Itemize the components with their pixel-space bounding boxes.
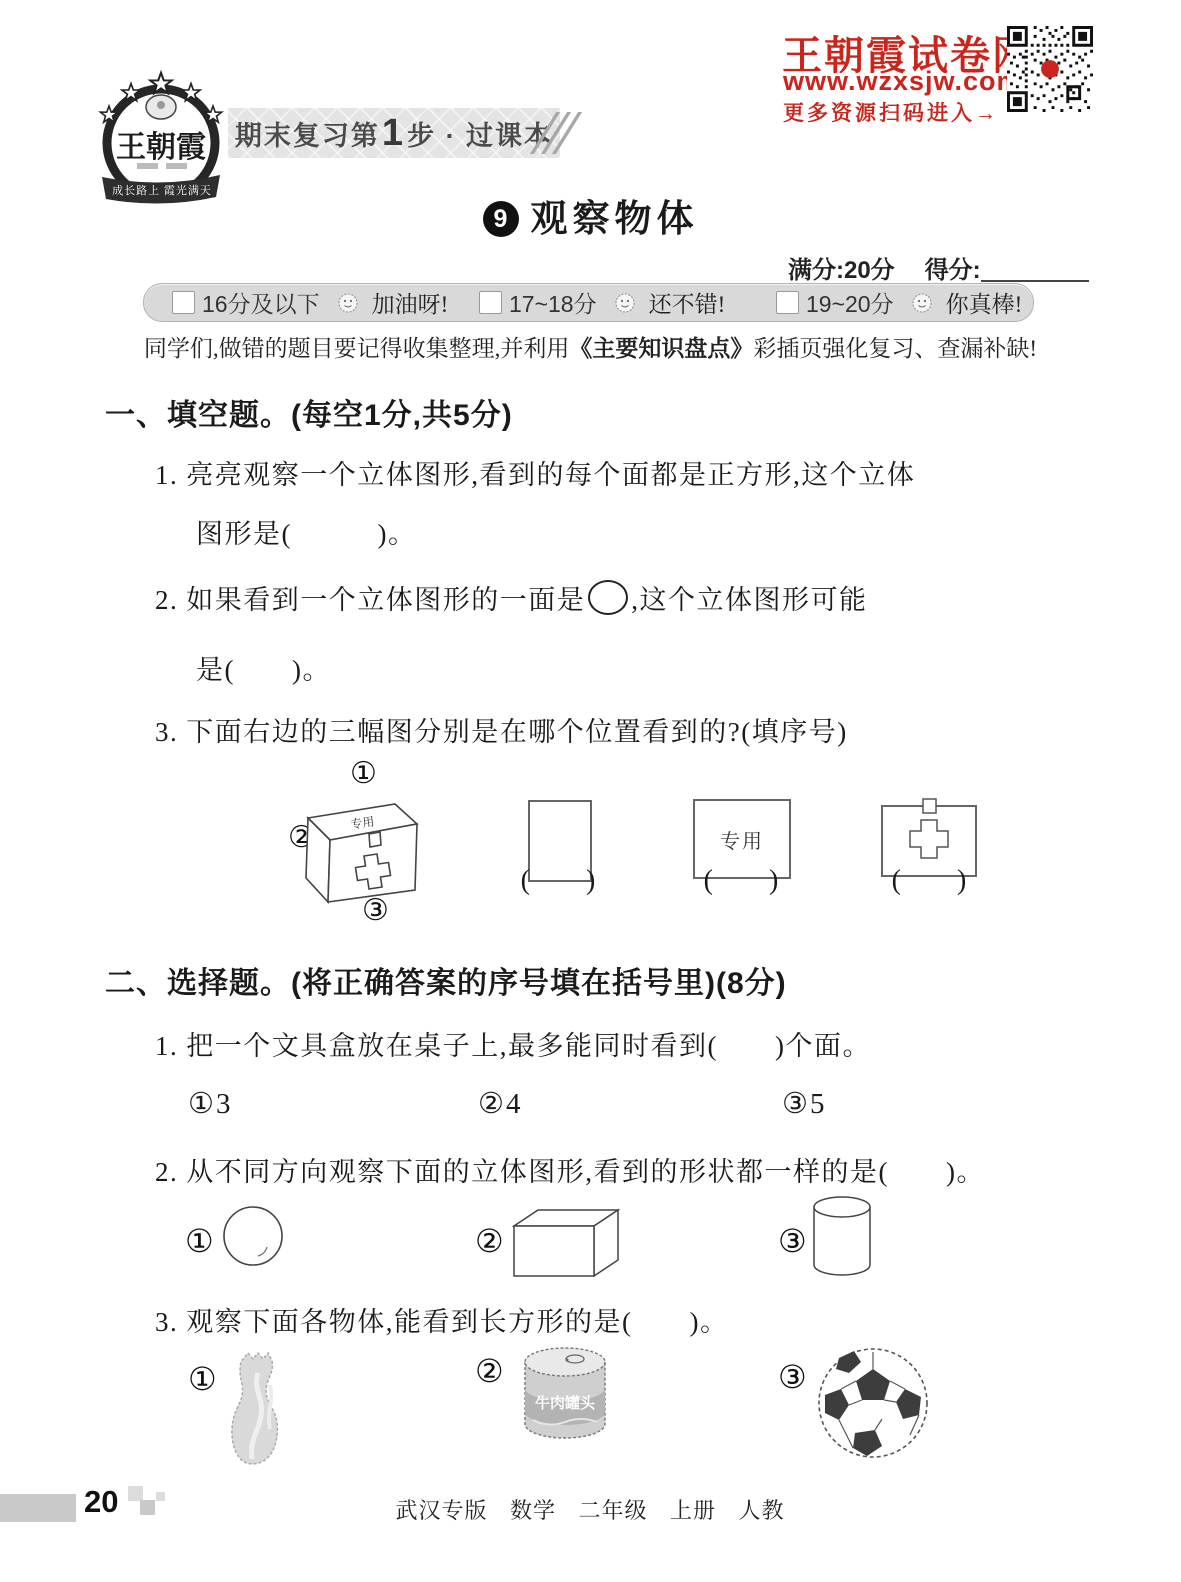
score-blank bbox=[981, 258, 1089, 282]
answer-blank: ( ) bbox=[503, 858, 613, 898]
soccer-ball-figure bbox=[815, 1345, 931, 1461]
page-number: 20 bbox=[84, 1484, 118, 1520]
medicine-box-figure: 专用 bbox=[300, 790, 430, 910]
footer-edition-text: 武汉专版 数学 二年级 上册 人教 bbox=[290, 1494, 890, 1525]
sphere-figure bbox=[222, 1205, 284, 1267]
circle-shape bbox=[588, 580, 628, 615]
s2-q3-option-label-1: ① bbox=[188, 1360, 217, 1398]
box-tab bbox=[923, 799, 936, 813]
lesson-title: 9观察物体 bbox=[0, 188, 1181, 242]
s2-q3-option-label-3: ③ bbox=[778, 1358, 807, 1396]
worksheet-page: 王朝霞 成长路上 霞光满天 期末复习第1步 · 过课本 王朝霞试卷网 www.w… bbox=[0, 0, 1181, 1582]
s1-q1-line2: 图形是( )。 bbox=[196, 512, 416, 551]
banner-text: 期末复习第1步 · 过课本 bbox=[235, 112, 553, 155]
answer-blank: ( ) bbox=[686, 858, 796, 898]
answer-blank: ( ) bbox=[874, 858, 984, 898]
box-tab bbox=[369, 832, 381, 847]
section2-heading: 二、选择题。(将正确答案的序号填在括号里)(8分) bbox=[105, 958, 787, 1002]
s2-q1-option-1: ①3 bbox=[188, 1086, 233, 1121]
cylinder-figure bbox=[812, 1196, 872, 1276]
face-icon bbox=[911, 292, 933, 314]
got-score-label: 得分: bbox=[925, 257, 981, 284]
s2-q3-option-label-2: ② bbox=[475, 1352, 504, 1390]
s1-q3-text: 3.下面右边的三幅图分别是在哪个位置看到的?(填序号) bbox=[155, 710, 848, 749]
footer-decor-square bbox=[128, 1486, 143, 1501]
section1-heading: 一、填空题。(每空1分,共5分) bbox=[105, 390, 513, 434]
full-score-label: 满分:20分 bbox=[788, 257, 895, 284]
face-icon bbox=[614, 292, 636, 314]
cuboid-figure bbox=[512, 1206, 622, 1278]
face-icon bbox=[337, 292, 359, 314]
footer-decor-square bbox=[140, 1500, 155, 1515]
s1-q2-line2: 是( )。 bbox=[196, 648, 331, 687]
vase-figure bbox=[222, 1345, 297, 1487]
site-url: www.wzxsjw.com bbox=[783, 66, 1022, 97]
can-label-text: 牛肉罐头 bbox=[535, 1394, 596, 1412]
band-segment-high: 19~20分 你真棒! bbox=[776, 284, 1022, 321]
logo-title: 王朝霞 bbox=[116, 131, 206, 164]
s2-q2-text: 2.从不同方向观察下面的立体图形,看到的形状都一样的是( )。 bbox=[155, 1150, 985, 1189]
study-note: 同学们,做错的题目要记得收集整理,并利用《主要知识盘点》彩插页强化复习、查漏补缺… bbox=[0, 330, 1181, 363]
lesson-number-badge: 9 bbox=[483, 201, 519, 237]
checkbox[interactable] bbox=[479, 291, 502, 314]
s2-q1-text: 1.把一个文具盒放在桌子上,最多能同时看到( )个面。 bbox=[155, 1024, 871, 1063]
banner-slashes bbox=[543, 112, 569, 154]
site-tagline: 更多资源扫码进入→ bbox=[783, 97, 999, 127]
s2-q3-text: 3.观察下面各物体,能看到长方形的是( )。 bbox=[155, 1300, 728, 1339]
qr-code bbox=[1007, 26, 1093, 112]
footer-decor-square bbox=[156, 1492, 165, 1501]
s2-q2-option-label-3: ③ bbox=[778, 1222, 807, 1260]
s1-q2-line1: 2.如果看到一个立体图形的一面是,这个立体图形可能 bbox=[155, 578, 868, 617]
checkbox[interactable] bbox=[776, 291, 799, 314]
checkbox[interactable] bbox=[172, 291, 195, 314]
view-label-top: ① bbox=[350, 756, 377, 791]
score-line: 满分:20分得分: bbox=[788, 250, 1089, 285]
step-banner: 期末复习第1步 · 过课本 bbox=[228, 108, 560, 158]
s2-q1-option-3: ③5 bbox=[782, 1086, 827, 1121]
footer-strip bbox=[0, 1494, 76, 1522]
s2-q2-option-label-2: ② bbox=[475, 1222, 504, 1260]
band-segment-mid: 17~18分 还不错! bbox=[479, 284, 725, 321]
s2-q2-option-label-1: ① bbox=[185, 1222, 214, 1260]
band-segment-low: 16分及以下 加油呀! bbox=[172, 284, 448, 321]
lesson-title-text: 观察物体 bbox=[531, 198, 699, 239]
qr-center-seal bbox=[1041, 60, 1059, 78]
s2-q1-option-2: ②4 bbox=[478, 1086, 523, 1121]
s1-q1-line1: 1.亮亮观察一个立体图形,看到的每个面都是正方形,这个立体 bbox=[155, 453, 915, 492]
can-figure: 牛肉罐头 bbox=[515, 1340, 615, 1454]
score-band: 16分及以下 加油呀! 17~18分 还不错! 19~20分 bbox=[143, 283, 1034, 322]
